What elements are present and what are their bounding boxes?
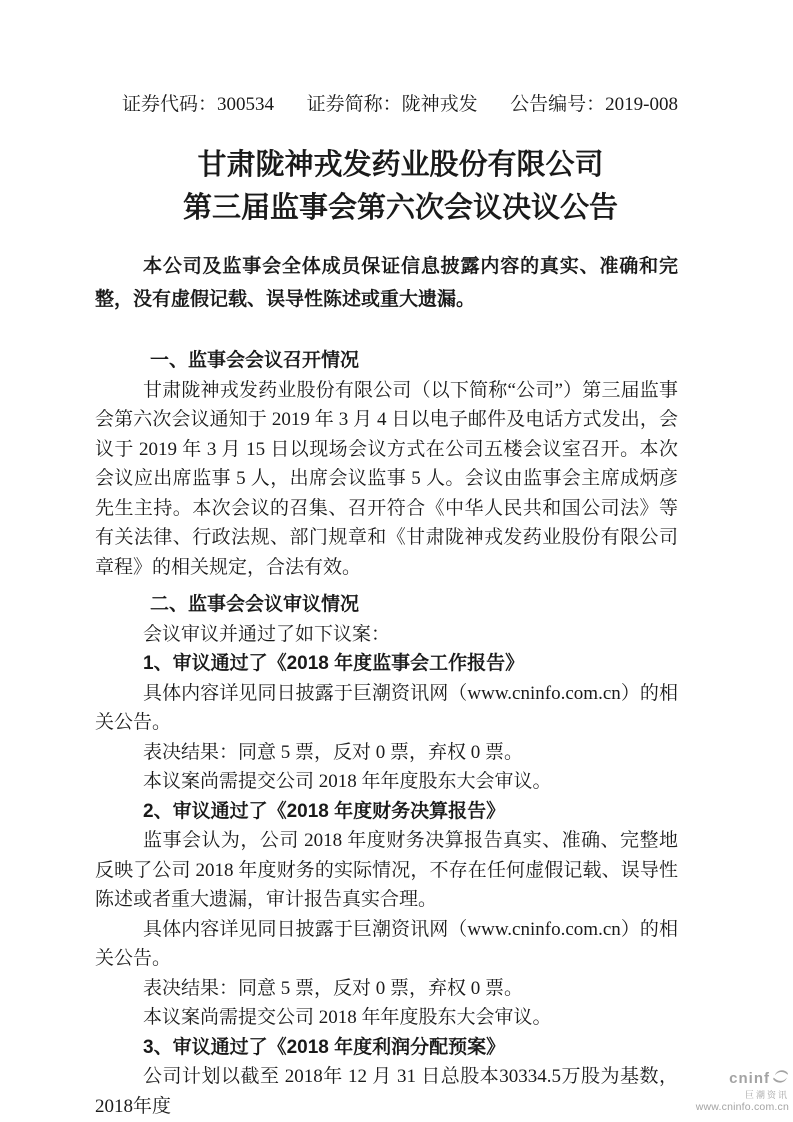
resolution-1-detail: 具体内容详见同日披露于巨潮资讯网（www.cninfo.com.cn）的相关公告… [95, 679, 678, 738]
document-title: 甘肃陇神戎发药业股份有限公司 第三届监事会第六次会议决议公告 [95, 144, 706, 230]
resolution-2-opinion: 监事会认为，公司 2018 年度财务决算报告真实、准确、完整地反映了公司 201… [95, 826, 678, 915]
cninfo-url: www.cninfo.com.cn [696, 1101, 789, 1114]
stock-short-name: 证券简称：陇神戎发 [307, 92, 478, 118]
cninfo-watermark: cninf 巨潮资讯 www.cninfo.com.cn [696, 1068, 789, 1114]
resolution-1-followup: 本议案尚需提交公司 2018 年年度股东大会审议。 [95, 767, 678, 797]
announcement-number: 公告编号：2019-008 [510, 92, 678, 118]
company-name: 甘肃陇神戎发药业股份有限公司 [95, 144, 706, 187]
document-content: 证券代码：300534 证券简称：陇神戎发 公告编号：2019-008 甘肃陇神… [95, 0, 678, 1121]
document-header: 证券代码：300534 证券简称：陇神戎发 公告编号：2019-008 [95, 92, 678, 118]
cninfo-swirl-icon [772, 1068, 789, 1089]
cninfo-brand-chinese: 巨潮资讯 [696, 1090, 789, 1101]
resolution-2-followup: 本议案尚需提交公司 2018 年年度股东大会审议。 [95, 1003, 678, 1033]
disclaimer-statement: 本公司及监事会全体成员保证信息披露内容的真实、准确和完整，没有虚假记载、误导性陈… [95, 250, 678, 316]
section-heading-convening: 一、监事会会议召开情况 [95, 346, 678, 376]
convening-paragraph: 甘肃陇神戎发药业股份有限公司（以下简称“公司”）第三届监事会第六次会议通知于 2… [95, 376, 678, 583]
stock-code: 证券代码：300534 [122, 92, 274, 118]
resolution-3-opening: 公司计划以截至 2018年 12 月 31 日总股本30334.5万股为基数，2… [95, 1062, 678, 1121]
resolution-1-heading: 1、审议通过了《2018 年度监事会工作报告》 [95, 649, 678, 679]
resolution-3-heading: 3、审议通过了《2018 年度利润分配预案》 [95, 1033, 678, 1063]
resolution-2-heading: 2、审议通过了《2018 年度财务决算报告》 [95, 797, 678, 827]
resolution-2-detail: 具体内容详见同日披露于巨潮资讯网（www.cninfo.com.cn）的相关公告… [95, 915, 678, 974]
resolution-1-vote-result: 表决结果：同意 5 票，反对 0 票，弃权 0 票。 [95, 738, 678, 768]
section-heading-review: 二、监事会会议审议情况 [95, 590, 678, 620]
announcement-title: 第三届监事会第六次会议决议公告 [95, 187, 706, 230]
resolution-2-vote-result: 表决结果：同意 5 票，反对 0 票，弃权 0 票。 [95, 974, 678, 1004]
review-intro: 会议审议并通过了如下议案： [95, 620, 678, 650]
cninfo-logo: cninf [696, 1068, 789, 1089]
document-page: { "page": { "background": "#ffffff", "te… [0, 0, 793, 1122]
cninfo-logo-text: cninf [729, 1071, 770, 1087]
